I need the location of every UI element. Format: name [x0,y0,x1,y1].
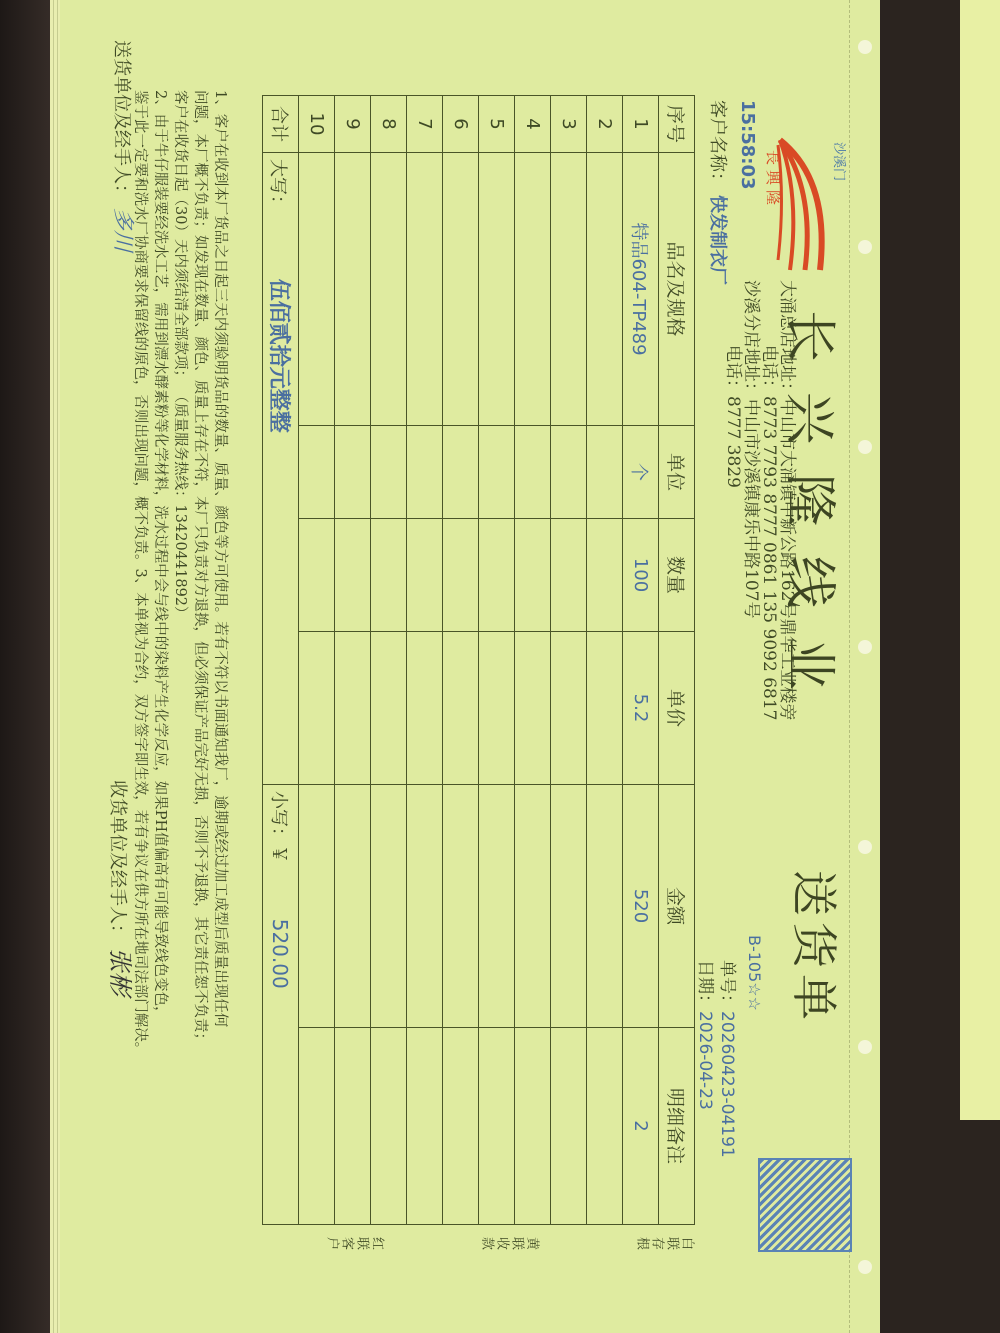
cell-amount [407,785,443,1028]
table-header-row: 序号 品名及规格 单位 数量 单价 金额 明细备注 [659,96,695,1225]
cell-price [443,632,479,785]
form-code: B-105☆☆ [745,935,764,1011]
print-time: 15:58:03 [737,100,758,190]
terms-line: 问题，本厂概不负责；如发现在数量、颜色、质量上存在不符，本厂只负责对方退换，但必… [190,90,210,1250]
cell-note [551,1028,587,1225]
cell-amount [515,785,551,1028]
cell-note [479,1028,515,1225]
cell-name [335,153,371,426]
feed-hole [858,1260,872,1274]
table-row: 5 [479,96,515,1225]
order-number-label: 单号： [717,960,737,1011]
terms-text: 1、客户在收到本厂货品之日起三天内须验明货品的数量、质量、颜色等方可使用。若有不… [130,90,230,1250]
cell-qty [515,519,551,632]
feed-hole [858,1040,872,1054]
table-row: 9 [335,96,371,1225]
table-row: 2 [587,96,623,1225]
adjacent-sheet [960,0,1000,1120]
cell-qty: 100 [623,519,659,632]
terms-line: 2、由于牛仔服装要经洗水工艺，需用到漂水酵素粉等化学材料，洗水过程中会与线中的染… [150,90,170,1250]
terms-line: 1、客户在收到本厂货品之日起三天内须验明货品的数量、质量、颜色等方可使用。若有不… [210,90,230,1250]
header-price: 单价 [659,632,695,785]
copy-label-red: 红联客户 [325,1232,385,1251]
delivery-note: 沙溪门 長興隆 长兴隆线业 送货单 大涌总店地址：中山市大涌镇中新公路162号鼎… [60,0,880,1333]
cell-index: 10 [299,96,335,153]
cell-name [515,153,551,426]
sender-label: 送货单位及经手人： [111,40,132,202]
lowercase-label: 小写：￥ [269,791,290,863]
sender-signature: 送货单位及经手人： 多川 [109,40,140,252]
cell-name [371,153,407,426]
cell-amount [299,785,335,1028]
cell-price [515,632,551,785]
cell-amount: 520 [623,785,659,1028]
table-row: 7 [407,96,443,1225]
cell-index: 4 [515,96,551,153]
cell-name [479,153,515,426]
cell-qty [587,519,623,632]
cell-note [371,1028,407,1225]
uppercase-value: 伍佰贰拾元整整 [266,279,291,433]
cell-price [479,632,515,785]
cell-note [443,1028,479,1225]
cell-note [335,1028,371,1225]
cell-unit: 个 [623,426,659,519]
date-label: 日期： [695,960,715,1011]
cell-price [587,632,623,785]
table-row: 10 [299,96,335,1225]
terms-line: 客户在收货日起（30）天内须结清全部款项； （质量服务热线：1342044189… [170,90,190,1250]
cell-index: 5 [479,96,515,153]
cell-index: 2 [587,96,623,153]
order-number-value: 20260423-04191 [717,1011,737,1158]
customer-name: 快发制衣厂 [706,195,732,285]
cell-index: 8 [371,96,407,153]
cell-price [299,632,335,785]
branch-phone: 电话：8777 3829 [723,345,748,488]
cell-price [407,632,443,785]
cell-unit [515,426,551,519]
cell-qty [479,519,515,632]
cell-qty [551,519,587,632]
feed-hole [858,240,872,254]
header-name: 品名及规格 [659,153,695,426]
cell-unit [299,426,335,519]
feed-hole [858,640,872,654]
cell-name: 特品604-TP489 [623,153,659,426]
table-row: 4 [515,96,551,1225]
cell-qty [335,519,371,632]
cell-qty [443,519,479,632]
cell-price [371,632,407,785]
cell-index: 9 [335,96,371,153]
cell-name [551,153,587,426]
cell-unit [587,426,623,519]
header-amount: 金额 [659,785,695,1028]
terms-line: 鉴于此一定要和洗水厂协商要求保留线的原色，否则出现问题，概不负责。3、本单视为合… [130,90,150,1250]
total-uppercase: 大写： 伍佰贰拾元整整 [263,153,299,785]
cell-qty [407,519,443,632]
tractor-feed-strip [849,0,880,1333]
order-number: 单号：20260423-04191 [717,960,742,1158]
feed-hole [858,440,872,454]
cell-name [407,153,443,426]
cell-note [299,1028,335,1225]
lowercase-value: 520.00 [269,919,293,989]
cell-note: 2 [623,1028,659,1225]
cell-unit [335,426,371,519]
uppercase-label: 大写： [267,159,288,213]
cell-name [443,153,479,426]
cell-unit [479,426,515,519]
copy-label-yellow: 黄联收款 [480,1232,540,1251]
cell-note [515,1028,551,1225]
date-value: 2026-04-23 [695,1011,715,1110]
table-row: 3 [551,96,587,1225]
cell-amount [551,785,587,1028]
customer-label: 客户名称： [706,100,732,190]
copy-label-white: 白联存根 [635,1232,695,1251]
cell-price [551,632,587,785]
order-date: 日期：2026-04-23 [695,960,720,1110]
cell-unit [407,426,443,519]
cell-amount [335,785,371,1028]
cell-qty [371,519,407,632]
logo-subtext: 沙溪门 [831,142,850,181]
cell-unit [551,426,587,519]
document-title: 送货单 [784,870,850,1026]
feed-hole [858,40,872,54]
cell-unit [443,426,479,519]
total-label: 合计 [263,96,299,153]
header-qty: 数量 [659,519,695,632]
cell-price: 5.2 [623,632,659,785]
items-table: 序号 品名及规格 单位 数量 单价 金额 明细备注 1 特品604-TP489 … [262,95,695,1225]
cell-index: 6 [443,96,479,153]
cell-note [407,1028,443,1225]
feed-hole [858,840,872,854]
cell-qty [299,519,335,632]
cell-name [587,153,623,426]
cell-price [335,632,371,785]
cell-amount [587,785,623,1028]
logo-brand: 長興隆 [763,150,784,210]
cell-note [587,1028,623,1225]
header-unit: 单位 [659,426,695,519]
cell-index: 1 [623,96,659,153]
total-lowercase: 小写：￥ 520.00 [263,785,299,1225]
cell-amount [443,785,479,1028]
qr-code-icon[interactable] [760,1160,850,1250]
receiver-label: 收货单位及经手人： [107,780,128,942]
receiver-signature: 收货单位及经手人： 张彬 [105,780,140,996]
cell-index: 3 [551,96,587,153]
cell-name [299,153,335,426]
total-row: 合计 大写： 伍佰贰拾元整整 小写：￥ 520.00 [263,96,299,1225]
cell-amount [371,785,407,1028]
cell-index: 7 [407,96,443,153]
cell-amount [479,785,515,1028]
header-note: 明细备注 [659,1028,695,1225]
receiver-sign: 张彬 [106,948,134,996]
header-index: 序号 [659,96,695,153]
sender-sign: 多川 [110,208,135,252]
table-row: 8 [371,96,407,1225]
table-row: 1 特品604-TP489 个 100 5.2 520 2 [623,96,659,1225]
table-row: 6 [443,96,479,1225]
cell-unit [371,426,407,519]
